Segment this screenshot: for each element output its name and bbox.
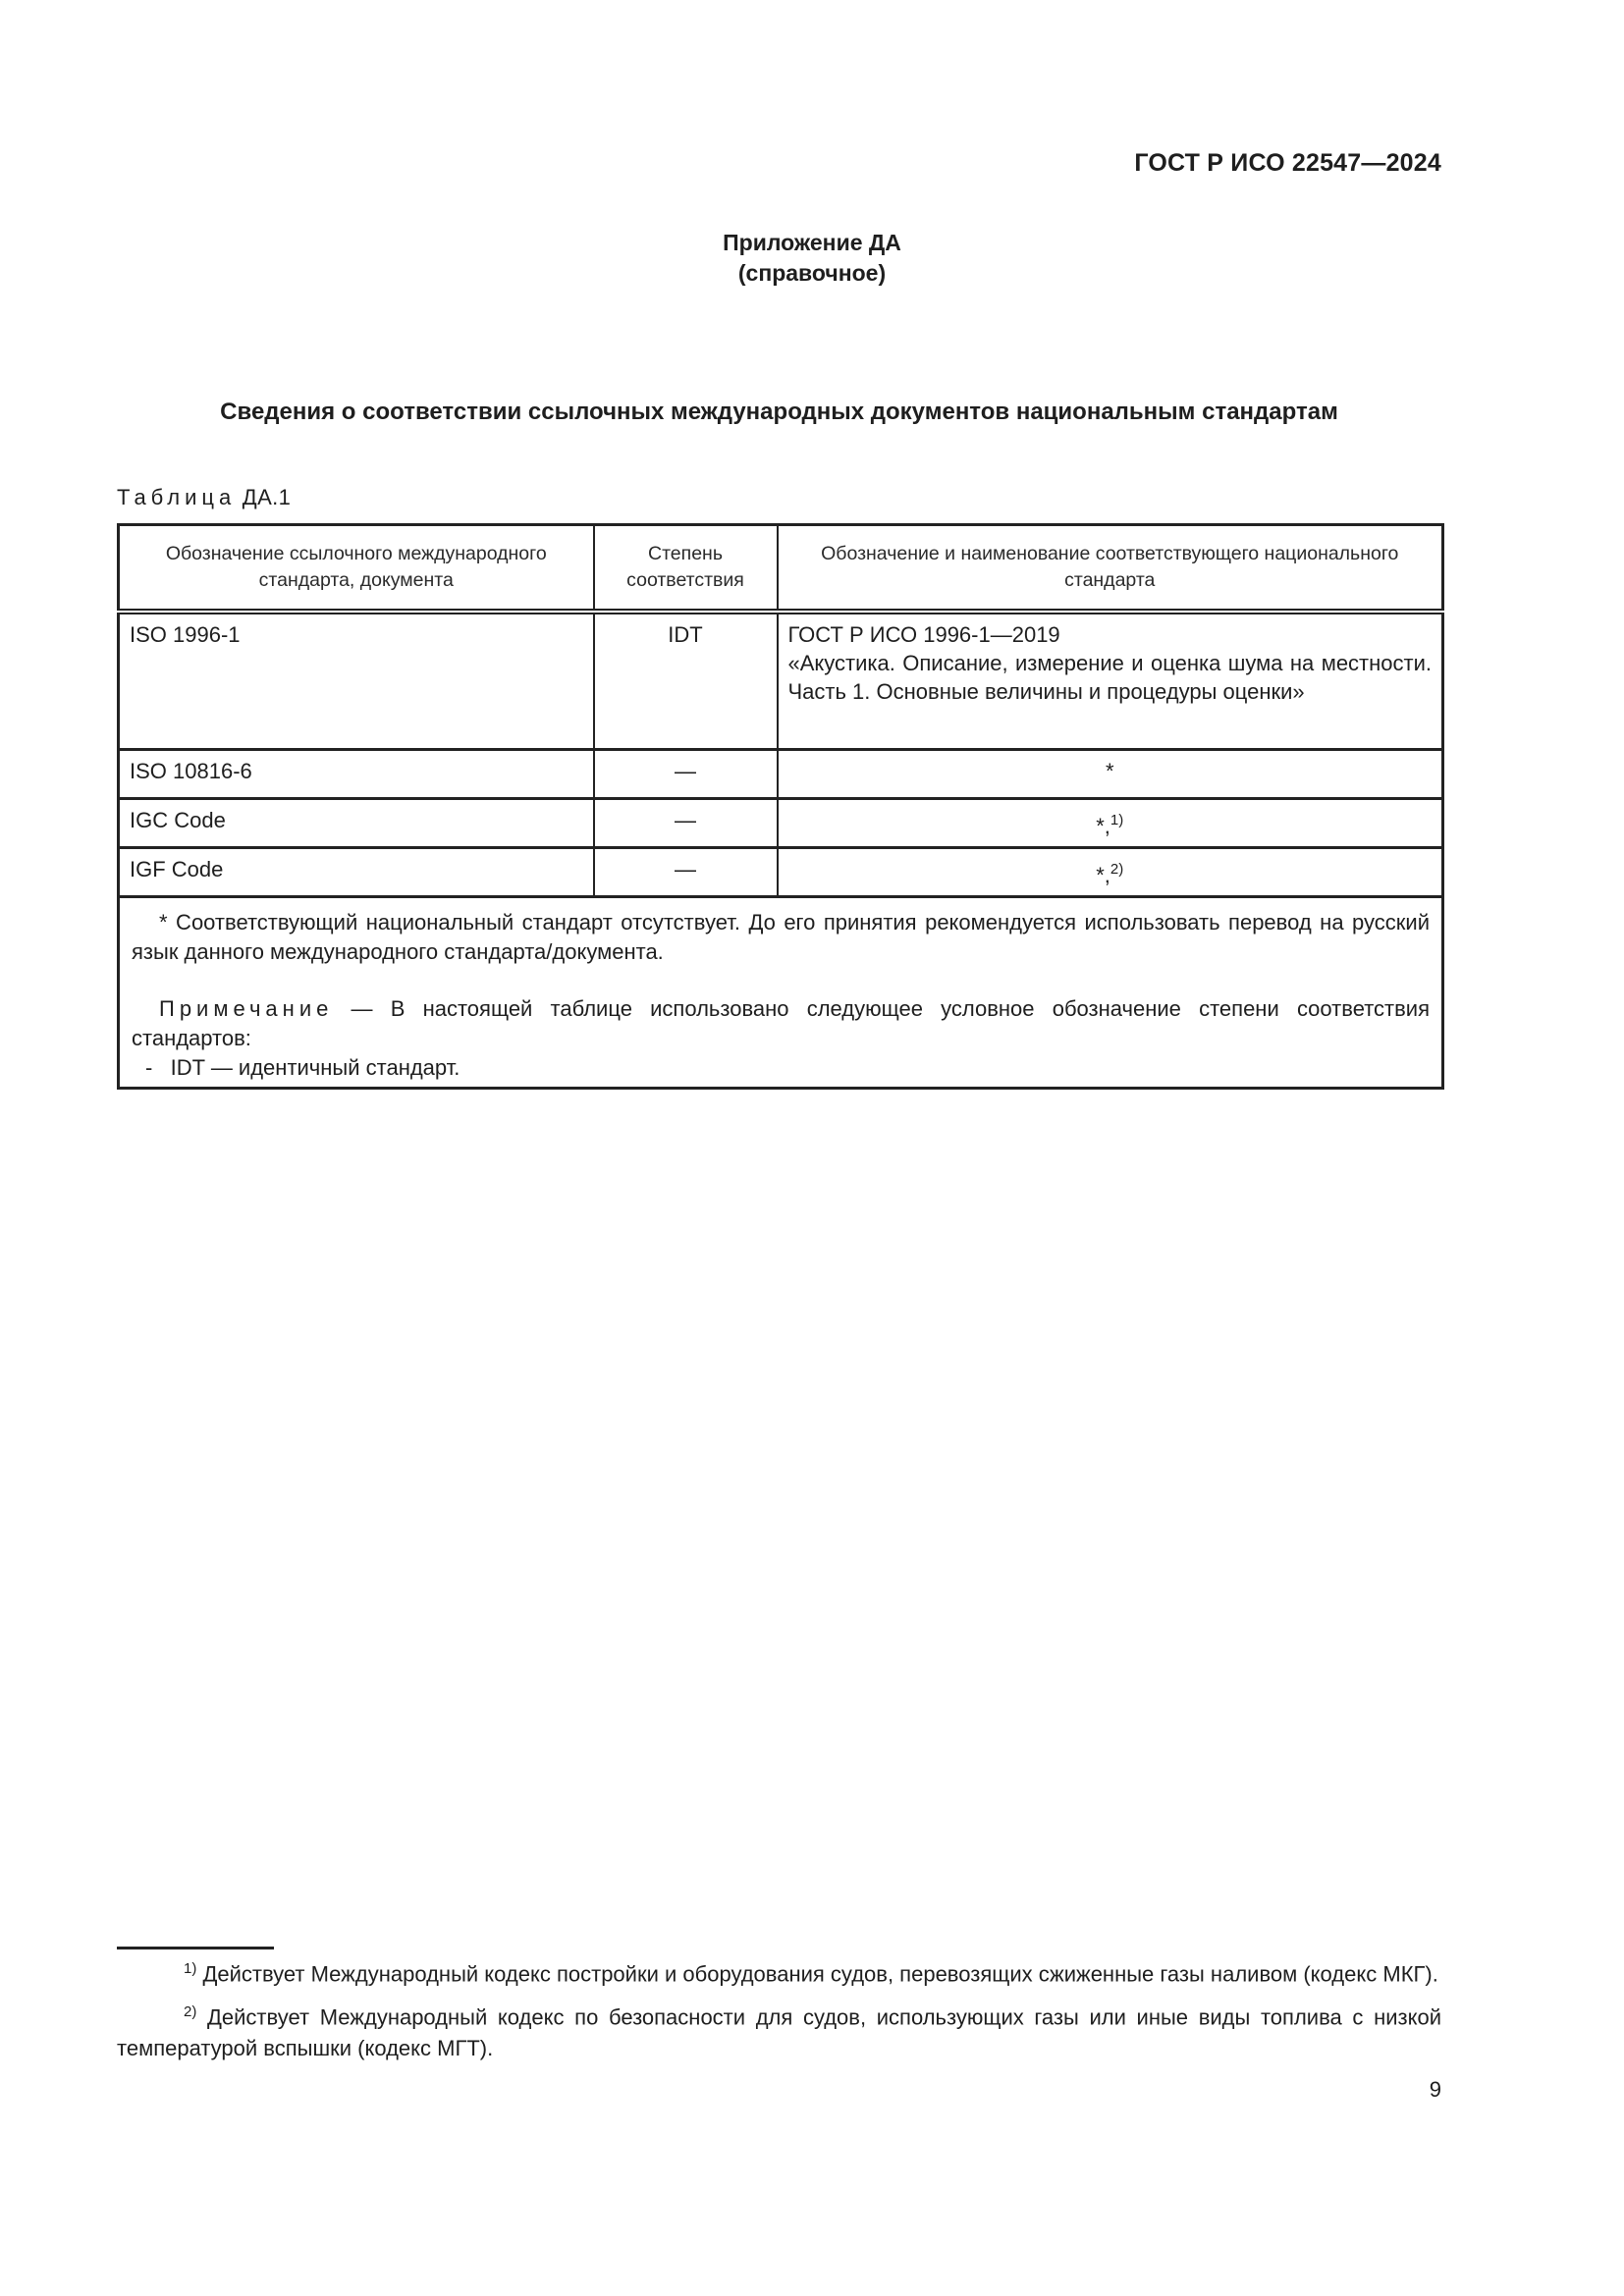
section-title: Сведения о соответствии ссылочных междун…	[117, 399, 1441, 426]
footnote-separator	[117, 1947, 274, 1949]
footnote-ref-2: 2)	[1110, 861, 1123, 878]
table-row: ISO 1996-1 IDT ГОСТ Р ИСО 1996-1—2019 «А…	[119, 612, 1443, 749]
cell-reference: ISO 10816-6	[119, 749, 594, 798]
cell-national-standard: *,2)	[778, 847, 1443, 896]
column-header-degree: Степень соответствия	[594, 525, 778, 613]
cell-national-standard: ГОСТ Р ИСО 1996-1—2019 «Акустика. Описан…	[778, 612, 1443, 749]
cell-degree: —	[594, 847, 778, 896]
note-paragraph: Примечание — В настоящей таблице использ…	[132, 994, 1430, 1053]
cell-degree: IDT	[594, 612, 778, 749]
table-row: IGC Code — *,1)	[119, 798, 1443, 847]
no-national-standard-marker: *,	[1096, 814, 1110, 838]
footnote-text: Действует Международный кодекс по безопа…	[117, 2005, 1441, 2060]
footnote-marker: 1)	[184, 1960, 196, 1977]
note-label: Примечание	[159, 996, 333, 1021]
footnote-2: 2) Действует Международный кодекс по без…	[117, 1997, 1441, 2062]
asterisk-note: * Соответствующий национальный стандарт …	[132, 908, 1430, 967]
no-national-standard-marker: *	[1106, 759, 1114, 783]
legend-item-idt: - IDT — идентичный стандарт.	[132, 1053, 1430, 1083]
footnote-1: 1) Действует Международный кодекс постро…	[117, 1953, 1441, 1989]
cell-degree: —	[594, 798, 778, 847]
footnotes: 1) Действует Международный кодекс постро…	[117, 1953, 1441, 2071]
table-caption-word: Таблица	[117, 485, 236, 509]
appendix-title: Приложение ДА	[0, 228, 1624, 258]
cell-national-standard: *	[778, 749, 1443, 798]
document-code: ГОСТ Р ИСО 22547—2024	[1134, 149, 1441, 178]
column-header-national-standard: Обозначение и наименование соответствующ…	[778, 525, 1443, 613]
footnote-ref-1: 1)	[1110, 812, 1123, 828]
correspondence-table: Обозначение ссылочного международного ст…	[117, 523, 1444, 1090]
national-standard-title: «Акустика. Описание, измерение и оценка …	[788, 649, 1433, 706]
appendix-subtitle: (справочное)	[0, 258, 1624, 289]
footnote-text: Действует Международный кодекс постройки…	[196, 1961, 1438, 1986]
table-caption: Таблица ДА.1	[117, 485, 291, 510]
table-row: ISO 10816-6 — *	[119, 749, 1443, 798]
footnote-marker: 2)	[184, 2003, 196, 2020]
appendix-heading: Приложение ДА (справочное)	[0, 228, 1624, 289]
table-caption-id: ДА.1	[243, 485, 292, 509]
table-header-row: Обозначение ссылочного международного ст…	[119, 525, 1443, 613]
no-national-standard-marker: *,	[1096, 863, 1110, 887]
column-header-reference: Обозначение ссылочного международного ст…	[119, 525, 594, 613]
table-notes: * Соответствующий национальный стандарт …	[119, 896, 1443, 1088]
table-row: IGF Code — *,2)	[119, 847, 1443, 896]
national-standard-code: ГОСТ Р ИСО 1996-1—2019	[788, 620, 1433, 649]
cell-reference: ISO 1996-1	[119, 612, 594, 749]
cell-degree: —	[594, 749, 778, 798]
cell-national-standard: *,1)	[778, 798, 1443, 847]
table-notes-row: * Соответствующий национальный стандарт …	[119, 896, 1443, 1088]
page-number: 9	[1430, 2077, 1441, 2103]
cell-reference: IGC Code	[119, 798, 594, 847]
cell-reference: IGF Code	[119, 847, 594, 896]
